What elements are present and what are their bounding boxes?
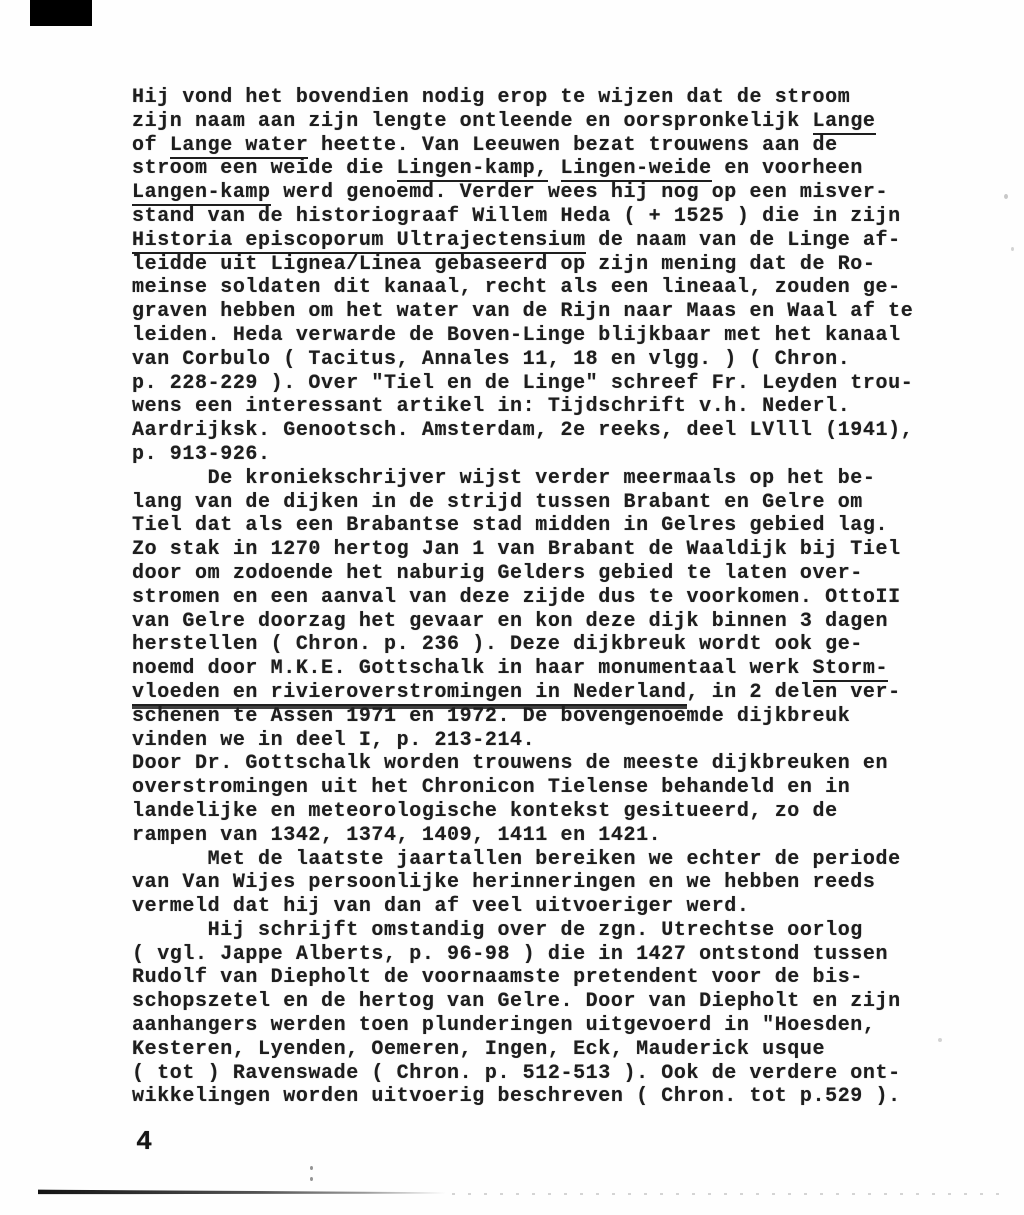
scanned-document-page: Hij vond het bovendien nodig erop te wij… [0,0,1024,1215]
text-segment: , in 2 delen ver- [687,681,901,704]
text-line: schenen te Assen 1971 en 1972. De boveng… [132,705,942,729]
text-line: lang van de dijken in de strijd tussen B… [132,491,942,515]
text-segment: Rudolf van Diepholt de voornaamste prete… [132,966,863,989]
text-segment: ( tot ) Ravenswade ( Chron. p. 512-513 )… [132,1062,901,1085]
text-line: rampen van 1342, 1374, 1409, 1411 en 142… [132,824,942,848]
underlined-text-segment: Lange water [170,134,309,159]
text-line: Kesteren, Lyenden, Oemeren, Ingen, Eck, … [132,1038,942,1062]
text-segment: leiden. Heda verwarde de Boven-Linge bli… [132,324,901,347]
scan-streak-dots [452,1193,1008,1195]
text-segment: wens een interessant artikel in: Tijdsch… [132,395,850,418]
text-line: vinden we in deel I, p. 213-214. [132,729,942,753]
text-line: ( vgl. Jappe Alberts, p. 96-98 ) die in … [132,943,942,967]
text-segment: schenen te Assen 1971 en 1972. De boveng… [132,705,850,728]
text-line: Langen-kamp werd genoemd. Verder wees hi… [132,181,942,205]
text-segment: stand van de historiograaf Willem Heda (… [132,205,901,228]
underlined-text-segment: vloeden en rivieroverstromingen in Neder… [132,681,687,706]
text-line: stroom een weide die Lingen-kamp, Lingen… [132,157,942,181]
text-line: Zo stak in 1270 hertog Jan 1 van Brabant… [132,538,942,562]
text-line: van Van Wijes persoonlijke herinneringen… [132,871,942,895]
text-segment: De kroniekschrijver wijst verder meermaa… [132,467,876,490]
text-line: door om zodoende het naburig Gelders geb… [132,562,942,586]
text-segment: Met de laatste jaartallen bereiken we ec… [132,848,901,871]
text-line: meinse soldaten dit kanaal, recht als ee… [132,276,942,300]
text-segment: Kesteren, Lyenden, Oemeren, Ingen, Eck, … [132,1038,825,1061]
text-segment: landelijke en meteorologische kontekst g… [132,800,838,823]
text-line: Door Dr. Gottschalk worden trouwens de m… [132,752,942,776]
typewritten-text-block: Hij vond het bovendien nodig erop te wij… [132,86,942,1109]
text-segment: vinden we in deel I, p. 213-214. [132,729,535,752]
text-segment: heette. Van Leeuwen bezat trouwens aan d… [308,134,837,157]
text-segment: p. 913-926. [132,443,271,466]
scan-streak-line [38,1188,446,1195]
page-number: 4 [136,1128,152,1158]
text-segment: stromen en een aanval van deze zijde dus… [132,586,901,609]
text-segment: herstellen ( Chron. p. 236 ). Deze dijkb… [132,633,863,656]
text-segment: Hij vond het bovendien nodig erop te wij… [132,86,850,109]
text-segment: zijn naam aan zijn lengte ontleende en o… [132,110,813,133]
text-segment: Hij schrijft omstandig over de zgn. Utre… [132,919,863,942]
text-segment: van Van Wijes persoonlijke herinneringen… [132,871,876,894]
text-segment: overstromingen uit het Chronicon Tielens… [132,776,850,799]
text-line: wikkelingen worden uitvoerig beschreven … [132,1085,942,1109]
underlined-text-segment: Storm- [813,657,889,682]
text-line: overstromingen uit het Chronicon Tielens… [132,776,942,800]
text-segment: werd genoemd. Verder wees hij nog op een… [271,181,889,204]
text-line: leiden. Heda verwarde de Boven-Linge bli… [132,324,942,348]
underlined-text-segment: Historia episcoporum Ultrajectensium [132,229,586,254]
text-segment: lang van de dijken in de strijd tussen B… [132,491,863,514]
text-line: noemd door M.K.E. Gottschalk in haar mon… [132,657,942,681]
text-segment: graven hebben om het water van de Rijn n… [132,300,913,323]
text-segment: p. 228-229 ). Over "Tiel en de Linge" sc… [132,372,913,395]
underlined-text-segment: Lingen-weide [561,157,712,182]
text-segment: aanhangers werden toen plunderingen uitg… [132,1014,876,1037]
ink-speck [310,1177,313,1181]
text-line: stromen en een aanval van deze zijde dus… [132,586,942,610]
text-line: Met de laatste jaartallen bereiken we ec… [132,848,942,872]
text-segment: Aardrijksk. Genootsch. Amsterdam, 2e ree… [132,419,913,442]
text-line: stand van de historiograaf Willem Heda (… [132,205,942,229]
text-line: schopszetel en de hertog van Gelre. Door… [132,990,942,1014]
text-segment: noemd door M.K.E. Gottschalk in haar mon… [132,657,813,680]
text-segment: Tiel dat als een Brabantse stad midden i… [132,514,888,537]
text-segment: meinse soldaten dit kanaal, recht als ee… [132,276,901,299]
text-line: p. 913-926. [132,443,942,467]
text-segment: van Gelre doorzag het gevaar en kon deze… [132,610,888,633]
text-line: ( tot ) Ravenswade ( Chron. p. 512-513 )… [132,1062,942,1086]
text-line: wens een interessant artikel in: Tijdsch… [132,395,942,419]
ink-speck [1011,247,1014,251]
text-line: zijn naam aan zijn lengte ontleende en o… [132,110,942,134]
text-line: herstellen ( Chron. p. 236 ). Deze dijkb… [132,633,942,657]
ink-speck [938,1038,942,1042]
text-line: Hij vond het bovendien nodig erop te wij… [132,86,942,110]
text-segment: stroom een weide die [132,157,397,180]
ink-speck [1004,194,1008,199]
text-line: van Gelre doorzag het gevaar en kon deze… [132,610,942,634]
text-segment: vermeld dat hij van dan af veel uitvoeri… [132,895,750,918]
text-line: De kroniekschrijver wijst verder meermaa… [132,467,942,491]
underlined-text-segment: Lingen-kamp, [397,157,548,182]
text-line: Historia episcoporum Ultrajectensium de … [132,229,942,253]
text-segment: rampen van 1342, 1374, 1409, 1411 en 142… [132,824,661,847]
text-segment: van Corbulo ( Tacitus, Annales 11, 18 en… [132,348,850,371]
underlined-text-segment: Langen-kamp [132,181,271,206]
text-line: landelijke en meteorologische kontekst g… [132,800,942,824]
underlined-text-segment: Lange [813,110,876,135]
text-segment: of [132,134,170,157]
text-segment: schopszetel en de hertog van Gelre. Door… [132,990,901,1013]
text-line: vloeden en rivieroverstromingen in Neder… [132,681,942,705]
text-segment: leidde uit Lignea/Linea gebaseerd op zij… [132,253,876,276]
text-line: aanhangers werden toen plunderingen uitg… [132,1014,942,1038]
ink-speck [310,1166,313,1170]
text-segment: door om zodoende het naburig Gelders geb… [132,562,863,585]
scan-corner-mark [30,0,92,26]
text-line: p. 228-229 ). Over "Tiel en de Linge" sc… [132,372,942,396]
text-segment: Door Dr. Gottschalk worden trouwens de m… [132,752,888,775]
text-line: of Lange water heette. Van Leeuwen bezat… [132,134,942,158]
text-line: leidde uit Lignea/Linea gebaseerd op zij… [132,253,942,277]
text-segment: wikkelingen worden uitvoerig beschreven … [132,1085,901,1108]
text-line: graven hebben om het water van de Rijn n… [132,300,942,324]
text-line: vermeld dat hij van dan af veel uitvoeri… [132,895,942,919]
text-line: van Corbulo ( Tacitus, Annales 11, 18 en… [132,348,942,372]
text-line: Rudolf van Diepholt de voornaamste prete… [132,966,942,990]
text-line: Aardrijksk. Genootsch. Amsterdam, 2e ree… [132,419,942,443]
text-segment: Zo stak in 1270 hertog Jan 1 van Brabant… [132,538,901,561]
text-segment: ( vgl. Jappe Alberts, p. 96-98 ) die in … [132,943,888,966]
text-segment [548,157,561,180]
text-segment: de naam van de Linge af- [586,229,901,252]
text-line: Hij schrijft omstandig over de zgn. Utre… [132,919,942,943]
text-segment: en voorheen [712,157,863,180]
text-line: Tiel dat als een Brabantse stad midden i… [132,514,942,538]
